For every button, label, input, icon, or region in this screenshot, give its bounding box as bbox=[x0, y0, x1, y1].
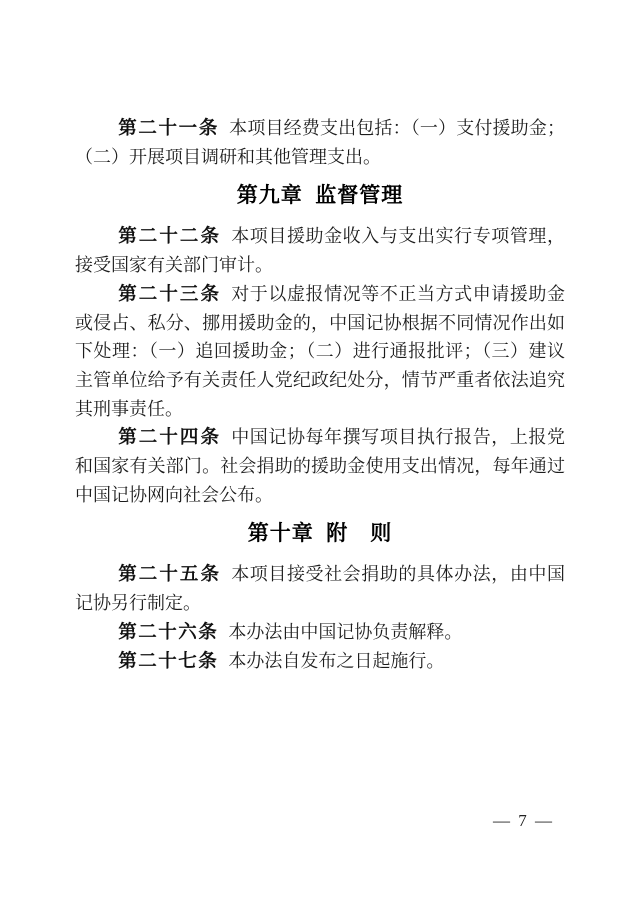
article-paragraph: 第二十三条对于以虚报情况等不正当方式申请援助金或侵占、私分、挪用援助金的，中国记… bbox=[75, 280, 565, 424]
article-paragraph: 第二十四条中国记协每年撰写项目执行报告，上报党和国家有关部门。社会捐助的援助金使… bbox=[75, 423, 565, 509]
article-text: 本办法自发布之日起施行。 bbox=[228, 651, 444, 671]
chapter-number: 第九章 bbox=[237, 184, 303, 207]
page-number: — 7 — bbox=[493, 810, 554, 832]
article-text: 本办法由中国记协负责解释。 bbox=[228, 622, 462, 642]
article-number: 第二十六条 bbox=[118, 621, 218, 642]
article-paragraph: 第二十二条本项目援助金收入与支出实行专项管理，接受国家有关部门审计。 bbox=[75, 222, 565, 279]
chapter-number: 第十章 bbox=[248, 522, 314, 545]
chapter-heading: 第九章监督管理 bbox=[75, 181, 565, 211]
article-paragraph: 第二十一条本项目经费支出包括：（一）支付援助金；（二）开展项目调研和其他管理支出… bbox=[75, 114, 565, 171]
document-body: 第二十一条本项目经费支出包括：（一）支付援助金；（二）开展项目调研和其他管理支出… bbox=[75, 114, 565, 675]
article-number: 第二十二条 bbox=[118, 225, 221, 246]
chapter-heading: 第十章附 则 bbox=[75, 519, 565, 549]
chapter-title: 监督管理 bbox=[315, 184, 403, 207]
article-paragraph: 第二十六条本办法由中国记协负责解释。 bbox=[75, 618, 565, 647]
article-paragraph: 第二十七条本办法自发布之日起施行。 bbox=[75, 647, 565, 676]
article-paragraph: 第二十五条本项目接受社会捐助的具体办法，由中国记协另行制定。 bbox=[75, 560, 565, 617]
article-number: 第二十五条 bbox=[118, 563, 221, 584]
article-text: 对于以虚报情况等不正当方式申请援助金或侵占、私分、挪用援助金的，中国记协根据不同… bbox=[75, 284, 565, 419]
article-number: 第二十一条 bbox=[118, 117, 219, 138]
article-number: 第二十七条 bbox=[118, 650, 218, 671]
document-page: 第二十一条本项目经费支出包括：（一）支付援助金；（二）开展项目调研和其他管理支出… bbox=[0, 0, 640, 905]
chapter-title: 附 则 bbox=[326, 522, 392, 545]
article-number: 第二十四条 bbox=[118, 426, 221, 447]
article-number: 第二十三条 bbox=[118, 283, 221, 304]
